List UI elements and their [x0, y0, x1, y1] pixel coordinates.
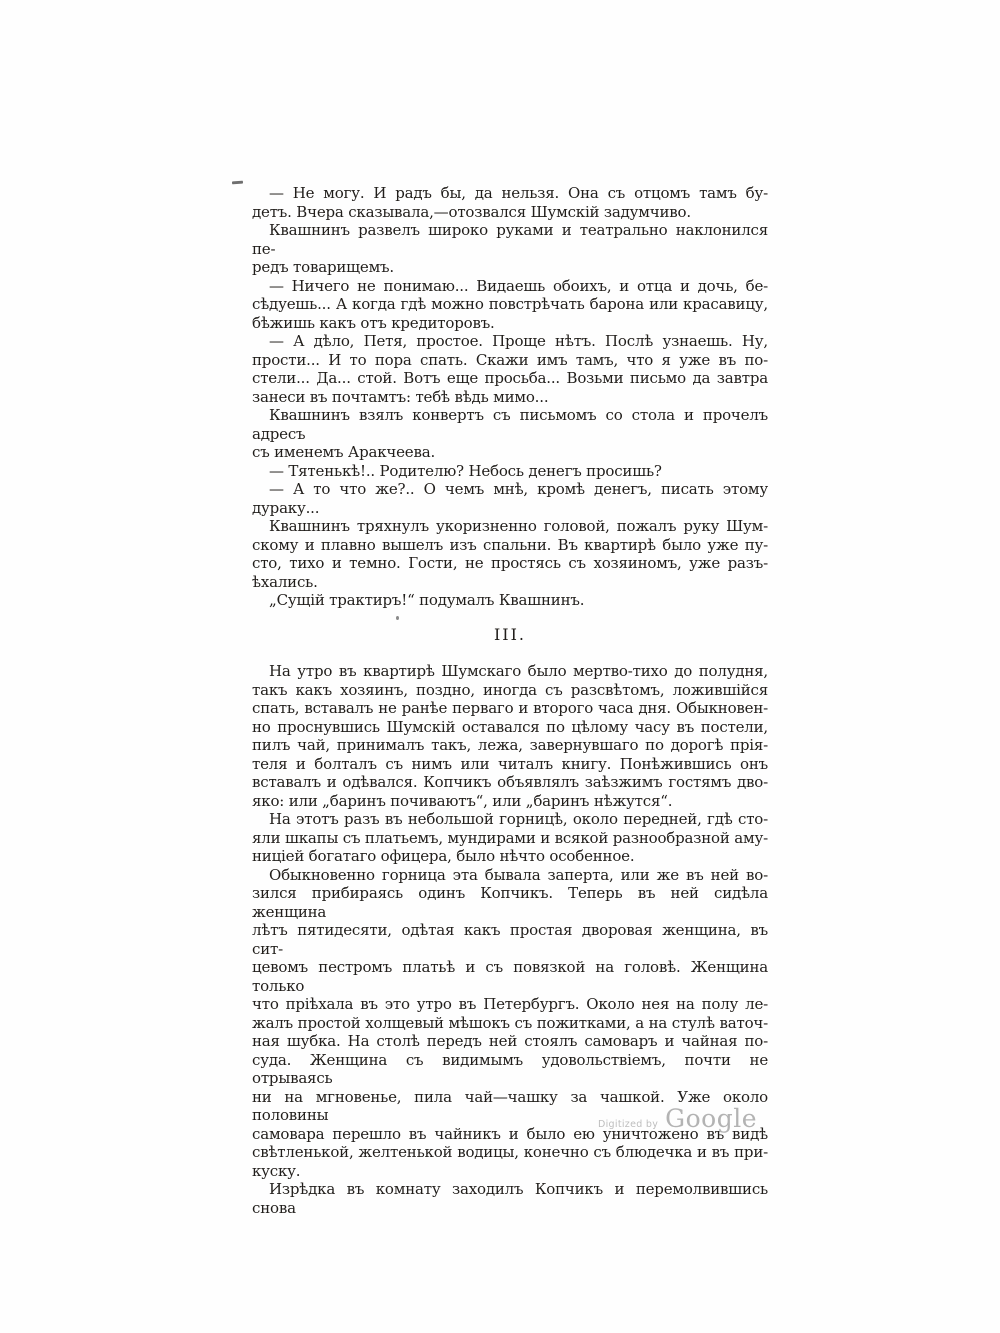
text-line: лѣтъ пятидесяти, одѣтая какъ простая дво…	[252, 921, 768, 958]
paragraph: — А дѣло, Петя, простое. Проще нѣтъ. Пос…	[252, 332, 768, 406]
text-line: „Сущій трактиръ!“ подумалъ Квашнинъ.	[252, 591, 768, 610]
chapter-heading: III.	[252, 626, 768, 645]
paragraph: Квашнинъ развелъ широко руками и театрал…	[252, 221, 768, 277]
text-line: — Ничего не понимаю... Видаешь обоихъ, и…	[252, 277, 768, 296]
text-line: что пріѣхала въ это утро въ Петербургъ. …	[252, 995, 768, 1014]
text-line: детъ. Вчера сказывала,—отозвался Шумскій…	[252, 203, 768, 222]
text-line: скому и плавно вышелъ изъ спальни. Въ кв…	[252, 536, 768, 555]
text-line: спать, вставалъ не ранѣе перваго и второ…	[252, 699, 768, 718]
text-line: занеси въ почтамтъ: тебѣ вѣдь мимо...	[252, 388, 768, 407]
text-line: жалъ простой холщевый мѣшокъ съ пожиткам…	[252, 1014, 768, 1033]
scanned-book-page: — Не могу. И радъ бы, да нельзя. Она съ …	[0, 0, 1000, 1333]
paragraph: Изрѣдка въ комнату заходилъ Копчикъ и пе…	[252, 1180, 768, 1217]
text-line: пилъ чай, принималъ такъ, лежа, завернув…	[252, 736, 768, 755]
text-line: куску.	[252, 1162, 768, 1181]
text-section-1: — Не могу. И радъ бы, да нельзя. Она съ …	[252, 184, 768, 610]
text-line: ная шубка. На столѣ передъ ней стоялъ са…	[252, 1032, 768, 1051]
text-line: цевомъ пестромъ платьѣ и съ повязкой на …	[252, 958, 768, 995]
text-line: На этотъ разъ въ небольшой горницѣ, окол…	[252, 810, 768, 829]
digitized-by-label: Digitized by	[598, 1119, 658, 1130]
text-line: свѣтленькой, желтенькой водицы, конечно …	[252, 1143, 768, 1162]
text-line: теля и болталъ съ нимъ или читалъ книгу.…	[252, 755, 768, 774]
text-line: сѣдуешь... А когда гдѣ можно повстрѣчать…	[252, 295, 768, 314]
text-line: сто, тихо и темно. Гости, не простясь съ…	[252, 554, 768, 573]
text-line: прости... И то пора спать. Скажи имъ там…	[252, 351, 768, 370]
paragraph: „Сущій трактиръ!“ подумалъ Квашнинъ.	[252, 591, 768, 610]
text-line: Обыкновенно горница эта бывала заперта, …	[252, 866, 768, 885]
text-section-2: На утро въ квартирѣ Шумскаго было мертво…	[252, 662, 768, 1217]
text-line: Квашнинъ тряхнулъ укоризненно головой, п…	[252, 517, 768, 536]
paragraph: — Не могу. И радъ бы, да нельзя. Она съ …	[252, 184, 768, 221]
text-line: — А дѣло, Петя, простое. Проще нѣтъ. Пос…	[252, 332, 768, 351]
text-line: вставалъ и одѣвался. Копчикъ объявлялъ з…	[252, 773, 768, 792]
scan-artifact-dash	[232, 181, 243, 185]
text-line: яли шкапы съ платьемъ, мундирами и всяко…	[252, 829, 768, 848]
text-line: — Тятенькѣ!.. Родителю? Небось денегъ пр…	[252, 462, 768, 481]
paragraph: Квашнинъ взялъ конвертъ съ письмомъ со с…	[252, 406, 768, 462]
text-line: стели... Да... стой. Вотъ еще просьба...…	[252, 369, 768, 388]
text-line: съ именемъ Аракчеева.	[252, 443, 768, 462]
paragraph: — А то что же?.. О чемъ мнѣ, кромѣ денег…	[252, 480, 768, 517]
text-line: зился прибираясь одинъ Копчикъ. Теперь в…	[252, 884, 768, 921]
text-line: бѣжишь какъ отъ кредиторовъ.	[252, 314, 768, 333]
text-line: Изрѣдка въ комнату заходилъ Копчикъ и пе…	[252, 1180, 768, 1217]
text-line: Квашнинъ взялъ конвертъ съ письмомъ со с…	[252, 406, 768, 443]
paragraph: На утро въ квартирѣ Шумскаго было мертво…	[252, 662, 768, 810]
text-line: — А то что же?.. О чемъ мнѣ, кромѣ денег…	[252, 480, 768, 499]
google-logo: Google	[665, 1104, 757, 1133]
text-line: Квашнинъ развелъ широко руками и театрал…	[252, 221, 768, 258]
paragraph: На этотъ разъ въ небольшой горницѣ, окол…	[252, 810, 768, 866]
text-line: но проснувшись Шумскій оставался по цѣло…	[252, 718, 768, 737]
text-line: яко: или „баринъ почиваютъ“, или „баринъ…	[252, 792, 768, 811]
text-line: такъ какъ хозяинъ, поздно, иногда съ раз…	[252, 681, 768, 700]
paragraph: — Тятенькѣ!.. Родителю? Небось денегъ пр…	[252, 462, 768, 481]
text-line: редъ товарищемъ.	[252, 258, 768, 277]
text-line: — Не могу. И радъ бы, да нельзя. Она съ …	[252, 184, 768, 203]
paragraph: Квашнинъ тряхнулъ укоризненно головой, п…	[252, 517, 768, 591]
text-line: На утро въ квартирѣ Шумскаго было мертво…	[252, 662, 768, 681]
text-line: ниціей богатаго офицера, было нѣчто особ…	[252, 847, 768, 866]
text-line: дураку...	[252, 499, 768, 518]
google-watermark: Digitized by Google	[598, 1104, 757, 1133]
paragraph: — Ничего не понимаю... Видаешь обоихъ, и…	[252, 277, 768, 333]
text-block: — Не могу. И радъ бы, да нельзя. Она съ …	[252, 184, 768, 1217]
text-line: суда. Женщина съ видимымъ удовольствіемъ…	[252, 1051, 768, 1088]
text-line: ѣхались.	[252, 573, 768, 592]
